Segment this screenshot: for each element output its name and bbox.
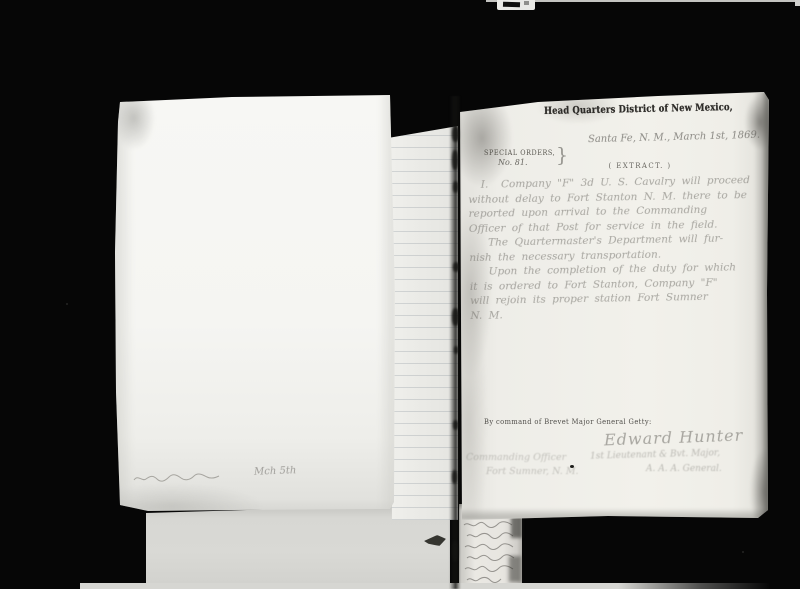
film-frame-mark-icon	[503, 2, 520, 8]
ink-blob	[453, 181, 458, 193]
addressee-line: Fort Sumner, N. M.	[486, 466, 579, 477]
brace-glyph: }	[556, 143, 568, 166]
ink-blob	[453, 420, 458, 430]
left-blank-page: Mch 5th	[112, 92, 396, 512]
special-order-page: Head Quarters District of New Mexico, Sa…	[458, 92, 770, 520]
command-line: By command of Brevet Major General Getty…	[484, 418, 652, 426]
signature-title: A. A. A. General.	[646, 464, 722, 474]
ink-blob	[452, 126, 459, 142]
addressee-line: Commanding Officer	[466, 452, 566, 463]
ink-blob	[452, 150, 458, 170]
film-frame-mark-icon	[524, 1, 529, 5]
orders-number: No. 81.	[498, 158, 527, 167]
paper-shading	[112, 92, 396, 512]
ink-blob	[454, 346, 458, 354]
lined-notebook-page	[388, 124, 458, 520]
dust-speck	[66, 303, 68, 305]
film-edge-line	[80, 583, 770, 589]
ink-blob	[452, 540, 458, 562]
ink-speck	[570, 465, 574, 468]
archival-scan-photo: Mch 5th Head Quarters District of New Me…	[0, 0, 800, 589]
ink-blob	[453, 262, 459, 272]
ink-smudge	[509, 556, 521, 582]
pencil-scribble	[132, 472, 224, 484]
dust-speck	[742, 551, 744, 553]
ink-smudge	[511, 516, 522, 538]
ink-blob	[452, 308, 459, 326]
order-body-handwriting: I. Company "F" 3d U. S. Cavalry will pro…	[468, 173, 770, 323]
special-orders-label: SPECIAL ORDERS,	[484, 149, 555, 157]
pencil-note: Mch 5th	[254, 465, 297, 477]
ink-blob	[452, 470, 457, 484]
film-edge-corner	[795, 0, 800, 6]
extract-label: ( EXTRACT. )	[580, 162, 700, 170]
